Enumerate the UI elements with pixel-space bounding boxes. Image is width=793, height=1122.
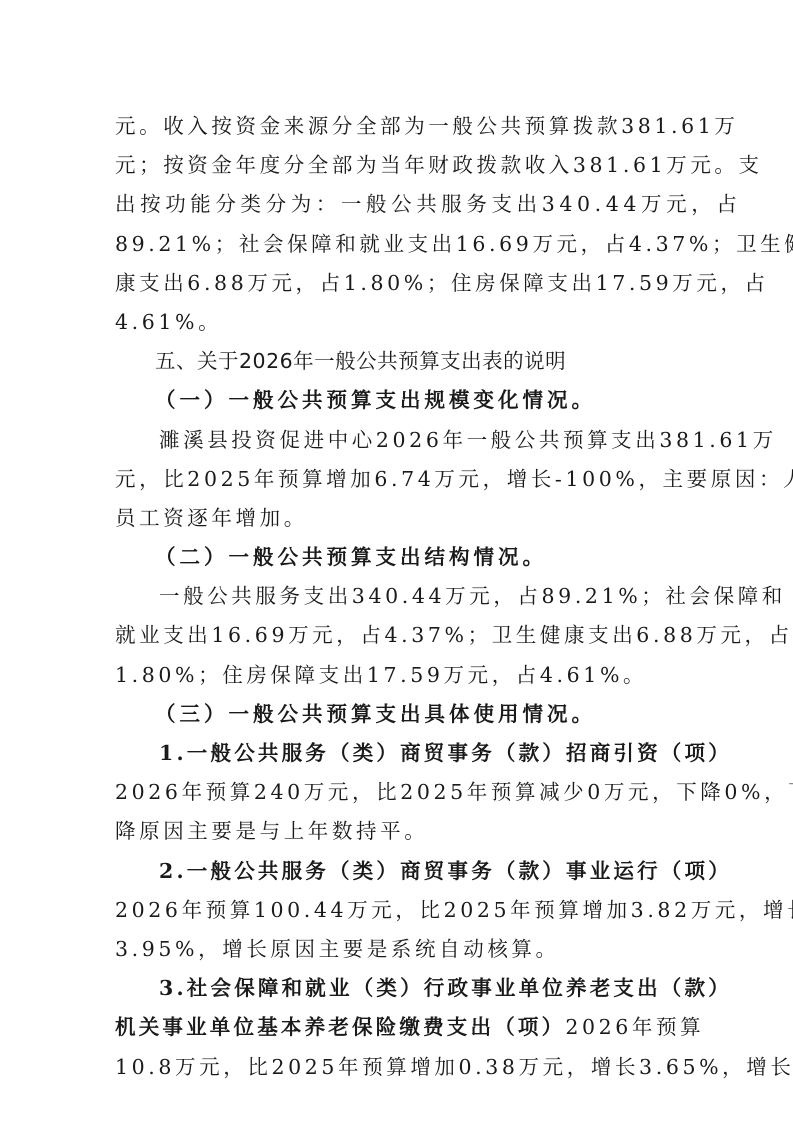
text-line: 3.95%，增长原因主要是系统自动核算。	[115, 930, 678, 969]
item1-paragraph: 1.一般公共服务（类）商贸事务（款）招商引资（项） 2026年预算240万元，比…	[115, 734, 678, 852]
sub2-heading: （二）一般公共预算支出结构情况。	[115, 538, 678, 577]
text-line: 元，比2025年预算增加6.74万元，增长-100%，主要原因：人	[115, 460, 678, 499]
text-line: 康支出6.88万元，占1.80%；住房保障支出17.59万元，占	[115, 264, 678, 303]
text-line: 濉溪县投资促进中心2026年一般公共预算支出381.61万	[115, 421, 678, 460]
text-line: 一般公共服务支出340.44万元，占89.21%；社会保障和	[115, 577, 678, 616]
text-line: 2026年预算100.44万元，比2025年预算增加3.82万元，增长	[115, 891, 678, 930]
item3-paragraph: 3.社会保障和就业（类）行政事业单位养老支出（款） 机关事业单位基本养老保险缴费…	[115, 969, 678, 1087]
text-line: 元。收入按资金来源分全部为一般公共预算拨款381.61万	[115, 107, 678, 146]
text-line: 2026年预算240万元，比2025年预算减少0万元，下降0%，下	[115, 773, 678, 812]
text-line: 机关事业单位基本养老保险缴费支出（项）2026年预算	[115, 1008, 678, 1047]
sub1-paragraph: 濉溪县投资促进中心2026年一般公共预算支出381.61万 元，比2025年预算…	[115, 421, 678, 539]
item1-title: 1.一般公共服务（类）商贸事务（款）招商引资（项）	[115, 734, 678, 773]
text-line: 降原因主要是与上年数持平。	[115, 812, 678, 851]
text-line: 10.8万元，比2025年预算增加0.38万元，增长3.65%，增长原	[115, 1048, 678, 1087]
sub2-paragraph: 一般公共服务支出340.44万元，占89.21%；社会保障和 就业支出16.69…	[115, 577, 678, 695]
item2-paragraph: 2.一般公共服务（类）商贸事务（款）事业运行（项） 2026年预算100.44万…	[115, 852, 678, 970]
sub3-heading: （三）一般公共预算支出具体使用情况。	[115, 695, 678, 734]
document-page: 元。收入按资金来源分全部为一般公共预算拨款381.61万 元；按资金年度分全部为…	[115, 107, 678, 1087]
item3-title-line2: 机关事业单位基本养老保险缴费支出（项）	[115, 1015, 565, 1039]
text-line: 89.21%；社会保障和就业支出16.69万元，占4.37%；卫生健	[115, 225, 678, 264]
text-line: 1.80%；住房保障支出17.59万元，占4.61%。	[115, 656, 678, 695]
sub1-heading: （一）一般公共预算支出规模变化情况。	[115, 381, 678, 420]
text-line: 就业支出16.69万元，占4.37%；卫生健康支出6.88万元，占	[115, 616, 678, 655]
section5-heading: 五、关于2026年一般公共预算支出表的说明	[115, 342, 678, 381]
item2-title: 2.一般公共服务（类）商贸事务（款）事业运行（项）	[115, 852, 678, 891]
section4-tail-paragraph: 元。收入按资金来源分全部为一般公共预算拨款381.61万 元；按资金年度分全部为…	[115, 107, 678, 342]
text-line: 元；按资金年度分全部为当年财政拨款收入381.61万元。支	[115, 146, 678, 185]
text-line: 出按功能分类分为：一般公共服务支出340.44万元，占	[115, 185, 678, 224]
item3-title-tail: 2026年预算	[565, 1015, 704, 1039]
item3-title: 3.社会保障和就业（类）行政事业单位养老支出（款）	[115, 969, 678, 1008]
text-line: 员工资逐年增加。	[115, 499, 678, 538]
text-line: 4.61%。	[115, 303, 678, 342]
